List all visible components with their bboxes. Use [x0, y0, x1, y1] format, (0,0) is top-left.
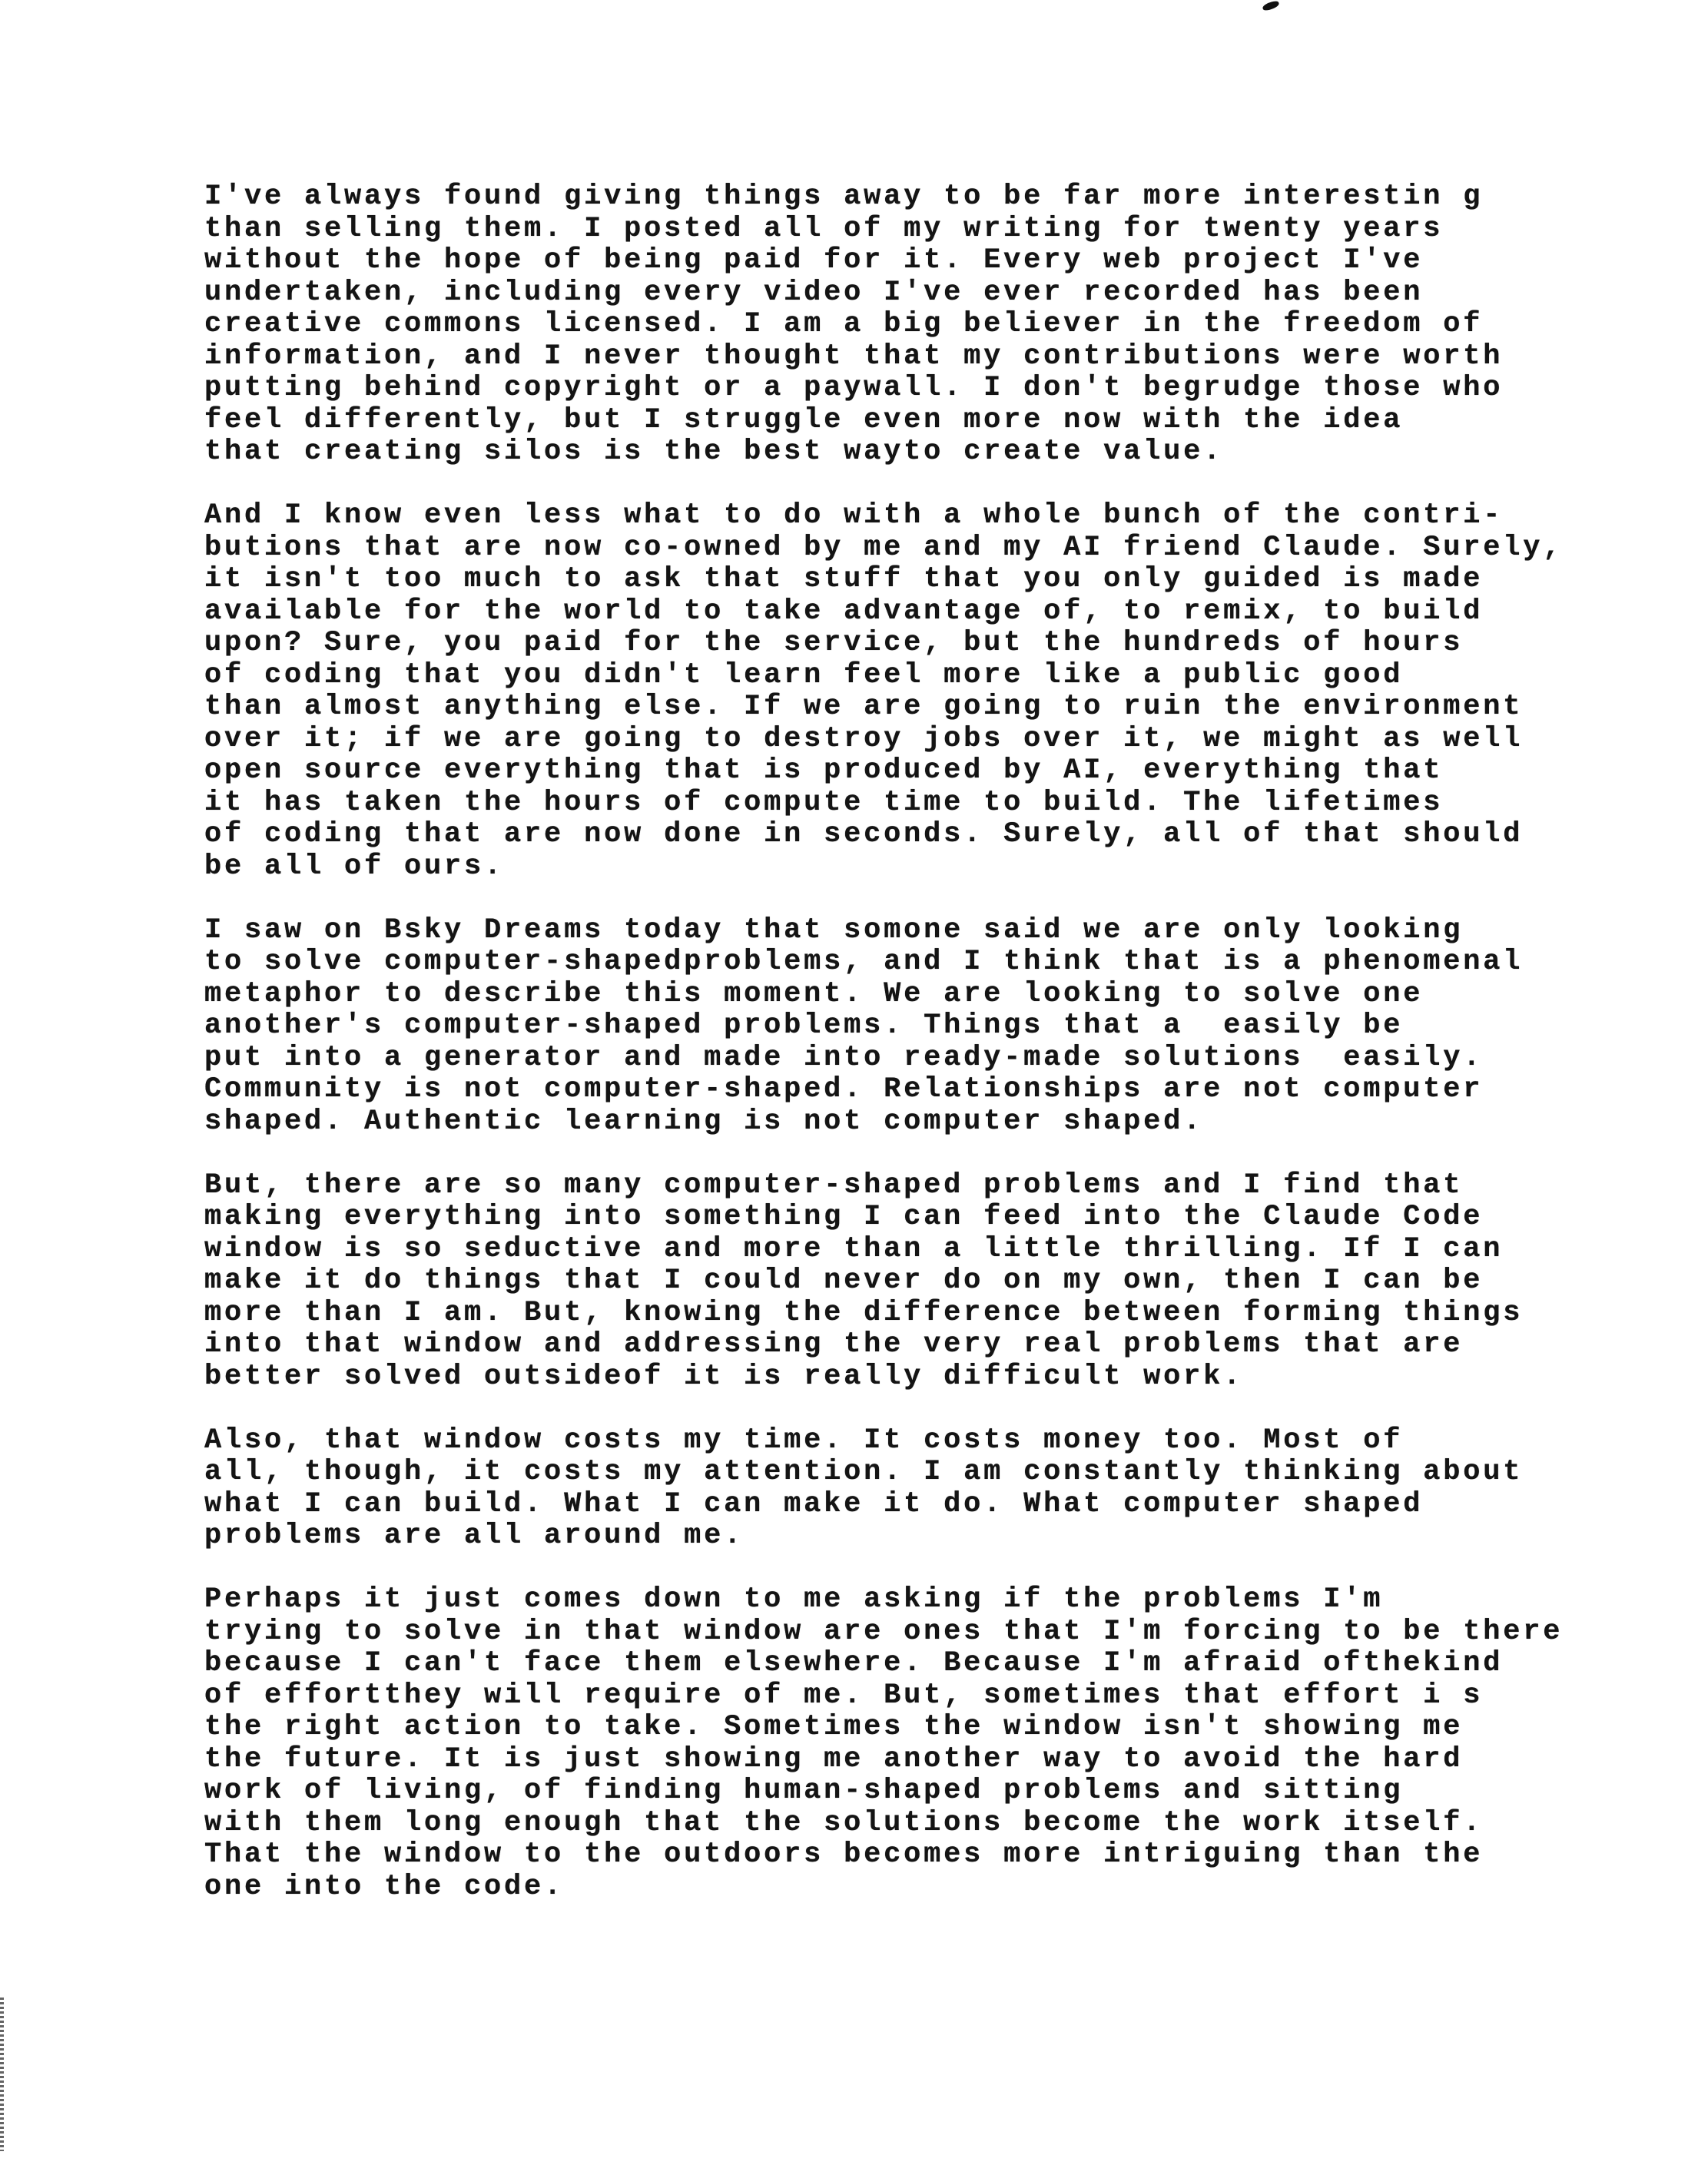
text-line: putting behind copyright or a paywall. I… — [204, 373, 1572, 405]
text-line: another's computer-shaped problems. Thin… — [204, 1010, 1572, 1043]
text-line: more than I am. But, knowing the differe… — [204, 1298, 1572, 1330]
paragraph-2: And I know even less what to do with a w… — [204, 500, 1572, 883]
text-line: that creating silos is the best wayto cr… — [204, 436, 1572, 469]
text-line: I've always found giving things away to … — [204, 181, 1572, 214]
text-line: all, though, it costs my attention. I am… — [204, 1457, 1572, 1489]
text-line: it isn't too much to ask that stuff that… — [204, 564, 1572, 596]
text-line: one into the code. — [204, 1872, 1572, 1904]
text-line: of effortthey will require of me. But, s… — [204, 1680, 1572, 1712]
text-line: Also, that window costs my time. It cost… — [204, 1425, 1572, 1457]
text-line: open source everything that is produced … — [204, 755, 1572, 787]
text-line: feel differently, but I struggle even mo… — [204, 405, 1572, 437]
text-line: Perhaps it just comes down to me asking … — [204, 1584, 1572, 1616]
text-line: of coding that are now done in seconds. … — [204, 819, 1572, 851]
text-line: butions that are now co-owned by me and … — [204, 532, 1572, 565]
text-line: problems are all around me. — [204, 1520, 1572, 1553]
paragraph-4: But, there are so many computer-shaped p… — [204, 1170, 1572, 1394]
text-line: metaphor to describe this moment. We are… — [204, 979, 1572, 1011]
text-line: be all of ours. — [204, 851, 1572, 884]
text-line: better solved outsideof it is really dif… — [204, 1361, 1572, 1394]
typewritten-page: I've always found giving things away to … — [0, 0, 1708, 2165]
text-line: work of living, of finding human-shaped … — [204, 1775, 1572, 1808]
paragraph-5: Also, that window costs my time. It cost… — [204, 1425, 1572, 1553]
document-body: I've always found giving things away to … — [204, 181, 1572, 1935]
ink-smudge — [1262, 0, 1280, 12]
text-line: without the hope of being paid for it. E… — [204, 245, 1572, 277]
text-line: shaped. Authentic learning is not comput… — [204, 1106, 1572, 1139]
text-line: what I can build. What I can make it do.… — [204, 1489, 1572, 1521]
text-line: available for the world to take advantag… — [204, 596, 1572, 628]
text-line: undertaken, including every video I've e… — [204, 277, 1572, 310]
text-line: the future. It is just showing me anothe… — [204, 1744, 1572, 1776]
text-line: window is so seductive and more than a l… — [204, 1234, 1572, 1266]
text-line: Community is not computer-shaped. Relati… — [204, 1074, 1572, 1106]
text-line: But, there are so many computer-shaped p… — [204, 1170, 1572, 1202]
text-line: over it; if we are going to destroy jobs… — [204, 724, 1572, 756]
text-line: making everything into something I can f… — [204, 1202, 1572, 1234]
text-line: it has taken the hours of compute time t… — [204, 787, 1572, 820]
paragraph-3: I saw on Bsky Dreams today that somone s… — [204, 915, 1572, 1139]
text-line: information, and I never thought that my… — [204, 341, 1572, 373]
text-line: the right action to take. Sometimes the … — [204, 1712, 1572, 1744]
text-line: make it do things that I could never do … — [204, 1265, 1572, 1298]
text-line: I saw on Bsky Dreams today that somone s… — [204, 915, 1572, 947]
text-line: into that window and addressing the very… — [204, 1329, 1572, 1361]
text-line: That the window to the outdoors becomes … — [204, 1839, 1572, 1872]
text-line: And I know even less what to do with a w… — [204, 500, 1572, 532]
text-line: upon? Sure, you paid for the service, bu… — [204, 628, 1572, 660]
text-line: to solve computer-shapedproblems, and I … — [204, 947, 1572, 979]
text-line: trying to solve in that window are ones … — [204, 1616, 1572, 1649]
text-line: than almost anything else. If we are goi… — [204, 691, 1572, 724]
paragraph-1: I've always found giving things away to … — [204, 181, 1572, 469]
text-line: with them long enough that the solutions… — [204, 1808, 1572, 1840]
text-line: put into a generator and made into ready… — [204, 1043, 1572, 1075]
text-line: than selling them. I posted all of my wr… — [204, 214, 1572, 246]
text-line: creative commons licensed. I am a big be… — [204, 309, 1572, 341]
text-line: of coding that you didn't learn feel mor… — [204, 660, 1572, 692]
text-line: because I can't face them elsewhere. Bec… — [204, 1648, 1572, 1680]
paragraph-6: Perhaps it just comes down to me asking … — [204, 1584, 1572, 1903]
margin-bleed-through — [0, 1998, 4, 2151]
